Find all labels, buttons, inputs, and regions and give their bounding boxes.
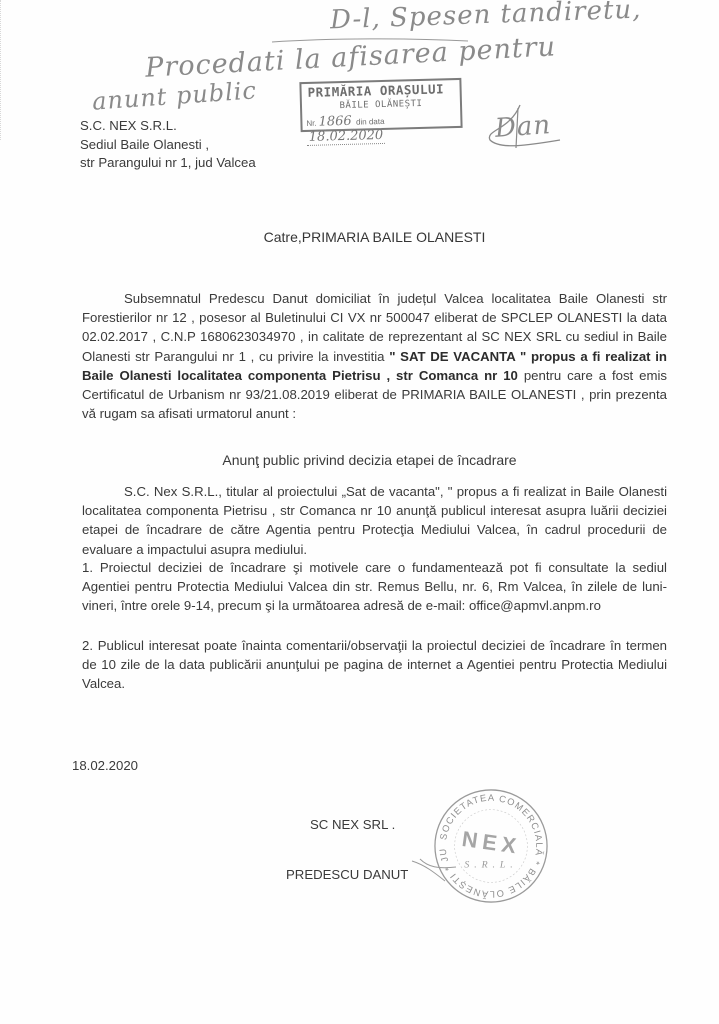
handwritten-line-3: anunt public bbox=[91, 76, 257, 115]
stamp-date-label: din data bbox=[356, 117, 385, 127]
stamp-nr-label: Nr. bbox=[306, 119, 316, 128]
handwritten-line-2: Procedati la afisarea pentru bbox=[144, 31, 556, 83]
sender-block: S.C. NEX S.R.L. Sediul Baile Olanesti , … bbox=[80, 117, 256, 173]
announcement-text: S.C. Nex S.R.L., titular al proiectului … bbox=[82, 484, 667, 557]
underline-stroke-icon bbox=[270, 36, 470, 46]
scanned-letter-page: D-l, Spesen tandiretu, Procedati la afis… bbox=[0, 0, 719, 1024]
announcement-title: Anunţ public privind decizia etapei de î… bbox=[0, 452, 719, 468]
scan-edge-artifact bbox=[0, 0, 4, 140]
stamp-number-date: Nr.1866 din data 18.02.2020 bbox=[306, 111, 461, 145]
stamp-date-value: 18.02.2020 bbox=[307, 128, 386, 146]
sender-address: str Parangului nr 1, jud Valcea bbox=[80, 154, 256, 173]
intro-paragraph: Subsemnatul Predescu Danut domiciliat în… bbox=[82, 289, 667, 423]
registration-stamp: PRIMĂRIA ORAȘULUI BĂILE OLĂNEȘTI Nr.1866… bbox=[299, 78, 462, 132]
announcement-item-1: 1. Proiectul deciziei de încadrare şi mo… bbox=[82, 558, 667, 616]
document-date: 18.02.2020 bbox=[72, 758, 138, 773]
stamp-institution: PRIMĂRIA ORAȘULUI bbox=[307, 81, 444, 100]
announcement-item-2: 2. Publicul interesat poate înainta come… bbox=[82, 636, 667, 694]
round-seal-icon: SOCIETATEA COMERCIALĂ * BĂILE OLĂNEȘTI *… bbox=[432, 787, 550, 905]
signature-company: SC NEX SRL . bbox=[310, 817, 395, 832]
signature-stroke-icon bbox=[410, 855, 460, 885]
svg-text:S.R.L.: S.R.L. bbox=[464, 860, 517, 871]
handwritten-signature: Dan bbox=[494, 110, 552, 144]
company-seal: SOCIETATEA COMERCIALĂ * BĂILE OLĂNEȘTI *… bbox=[432, 787, 550, 905]
signature-flourish-icon bbox=[480, 100, 590, 160]
stamp-locality: BĂILE OLĂNEȘTI bbox=[302, 98, 460, 112]
handwritten-line-1: D-l, Spesen tandiretu, bbox=[330, 0, 642, 35]
announcement-paragraph: S.C. Nex S.R.L., titular al proiectului … bbox=[82, 482, 667, 559]
sender-seat: Sediul Baile Olanesti , bbox=[80, 136, 256, 155]
sender-company: S.C. NEX S.R.L. bbox=[80, 117, 256, 136]
recipient-line: Catre,PRIMARIA BAILE OLANESTI bbox=[0, 229, 719, 245]
svg-text:NEX: NEX bbox=[460, 826, 522, 859]
signature-name: PREDESCU DANUT bbox=[286, 867, 408, 882]
